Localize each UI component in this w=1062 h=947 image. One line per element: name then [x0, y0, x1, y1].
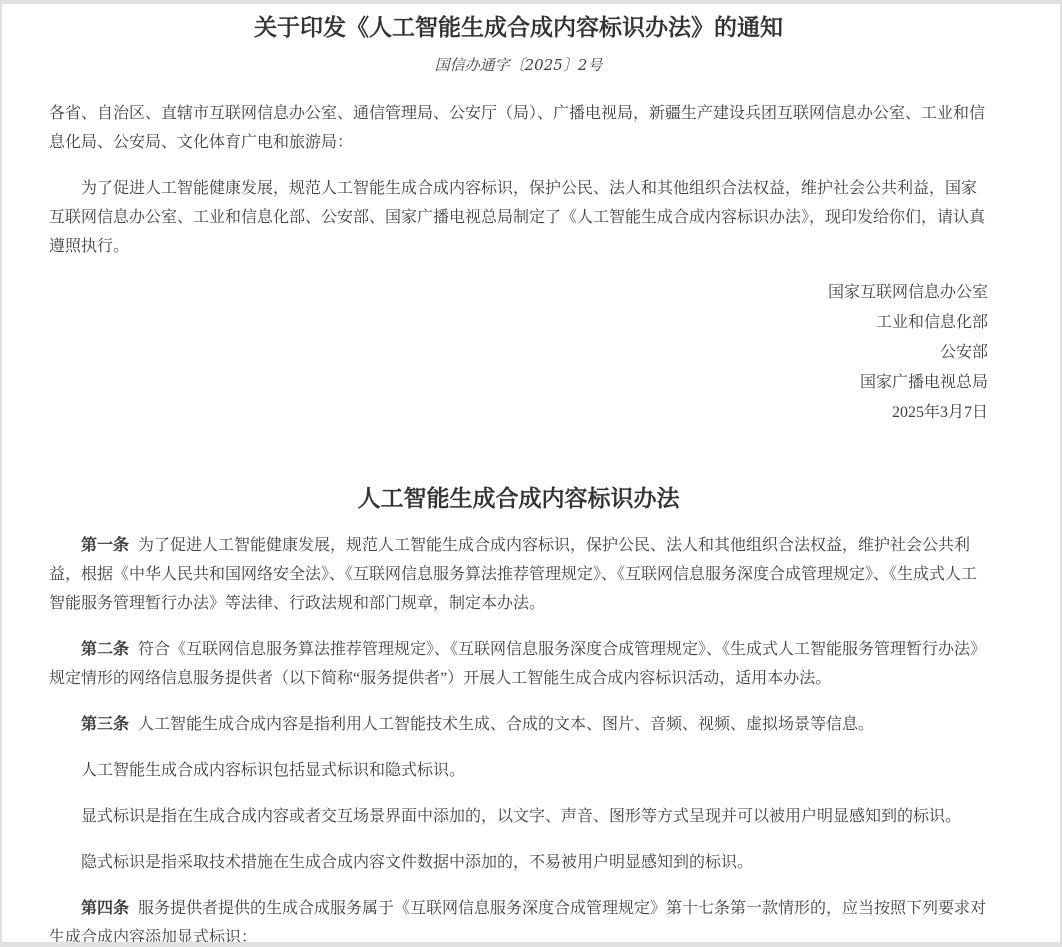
article-paragraph: 隐式标识是指采取技术措施在生成合成内容文件数据中添加的，不易被用户明显感知到的标…: [49, 848, 988, 877]
article-paragraph: 人工智能生成合成内容标识包括显式标识和隐式标识。: [49, 756, 988, 785]
article-text: 人工智能生成合成内容标识包括显式标识和隐式标识。: [81, 762, 465, 779]
article-label: 第二条: [81, 641, 129, 658]
signature-date: 2025年3月7日: [49, 398, 988, 428]
document-body: 关于印发《人工智能生成合成内容标识办法》的通知 国信办通字〔2025〕2号 各省…: [2, 4, 1060, 942]
page-background: 关于印发《人工智能生成合成内容标识办法》的通知 国信办通字〔2025〕2号 各省…: [0, 0, 1062, 947]
article-paragraph: 显式标识是指在生成合成内容或者交互场景界面中添加的，以文字、声音、图形等方式呈现…: [49, 802, 988, 831]
salutation-paragraph: 各省、自治区、直辖市互联网信息办公室、通信管理局、公安厅（局）、广播电视局，新疆…: [49, 99, 988, 157]
notice-body-paragraph: 为了促进人工智能健康发展，规范人工智能生成合成内容标识，保护公民、法人和其他组织…: [49, 174, 988, 261]
article-label: 第三条: [81, 716, 129, 733]
article-text: 为了促进人工智能健康发展，规范人工智能生成合成内容标识，保护公民、法人和其他组织…: [49, 537, 977, 612]
article-paragraph: 第四条服务提供者提供的生成合成服务属于《互联网信息服务深度合成管理规定》第十七条…: [49, 894, 988, 942]
article-label: 第一条: [81, 537, 129, 554]
document-number: 国信办通字〔2025〕2号: [49, 55, 988, 75]
article-label: 第四条: [81, 900, 129, 917]
signature-block: 国家互联网信息办公室 工业和信息化部 公安部 国家广播电视总局 2025年3月7…: [49, 278, 988, 428]
article-text: 显式标识是指在生成合成内容或者交互场景界面中添加的，以文字、声音、图形等方式呈现…: [81, 808, 961, 825]
signatory-line: 工业和信息化部: [49, 308, 988, 338]
article-text: 隐式标识是指采取技术措施在生成合成内容文件数据中添加的，不易被用户明显感知到的标…: [81, 854, 753, 871]
article-paragraph: 第一条为了促进人工智能健康发展，规范人工智能生成合成内容标识，保护公民、法人和其…: [49, 531, 988, 618]
article-paragraph: 第二条符合《互联网信息服务算法推荐管理规定》、《互联网信息服务深度合成管理规定》…: [49, 635, 988, 693]
measures-title: 人工智能生成合成内容标识办法: [49, 484, 988, 514]
signatory-line: 国家互联网信息办公室: [49, 278, 988, 308]
notice-title: 关于印发《人工智能生成合成内容标识办法》的通知: [49, 14, 988, 42]
article-text: 人工智能生成合成内容是指利用人工智能技术生成、合成的文本、图片、音频、视频、虚拟…: [138, 716, 874, 733]
signatory-line: 公安部: [49, 338, 988, 368]
article-paragraph: 第三条人工智能生成合成内容是指利用人工智能技术生成、合成的文本、图片、音频、视频…: [49, 710, 988, 739]
article-text: 符合《互联网信息服务算法推荐管理规定》、《互联网信息服务深度合成管理规定》、《生…: [49, 641, 986, 687]
article-text: 服务提供者提供的生成合成服务属于《互联网信息服务深度合成管理规定》第十七条第一款…: [49, 900, 986, 942]
signatory-line: 国家广播电视总局: [49, 368, 988, 398]
